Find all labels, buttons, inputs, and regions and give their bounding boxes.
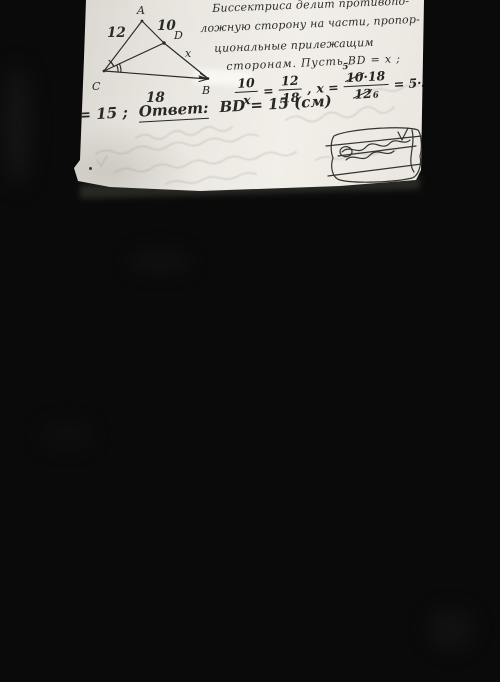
angle-arc <box>119 64 121 73</box>
angle-arc <box>117 65 118 72</box>
scan-noise-smudge <box>128 248 192 274</box>
scan-noise-smudge <box>4 66 30 186</box>
scan-noise-smudge <box>428 608 474 650</box>
paper-sheet: A 12 10 D x C B 18 Биссектриса дел <box>70 0 430 196</box>
equation-result: = 5·3 = <box>393 74 445 92</box>
point-d-dot <box>162 41 165 44</box>
segment-label-db: x <box>185 47 192 60</box>
cancelled-12: 12 <box>354 86 372 100</box>
scanner-background: A 12 10 D x C B 18 Биссектриса дел <box>0 0 500 682</box>
point-label-d: D <box>173 29 183 42</box>
scan-noise-smudge <box>40 420 94 450</box>
answer-lead: = 15 ; <box>78 103 128 124</box>
vertex-label-b: B <box>201 84 210 97</box>
fraction-10x18-over-12: 510·18 126 <box>343 69 390 102</box>
ink-speck <box>89 167 92 170</box>
cancelled-10: 10 <box>346 70 364 84</box>
numerator-18: 18 <box>367 68 385 84</box>
cancellation-sub-6: 6 <box>373 90 379 100</box>
vertex-c-dot <box>103 70 106 73</box>
answer-label: Ответ: <box>138 99 209 123</box>
vertex-label-a: A <box>136 4 145 17</box>
vertex-a-dot <box>141 20 144 23</box>
vertex-label-c: C <box>92 80 101 93</box>
side-label-ac: 12 <box>107 25 126 41</box>
